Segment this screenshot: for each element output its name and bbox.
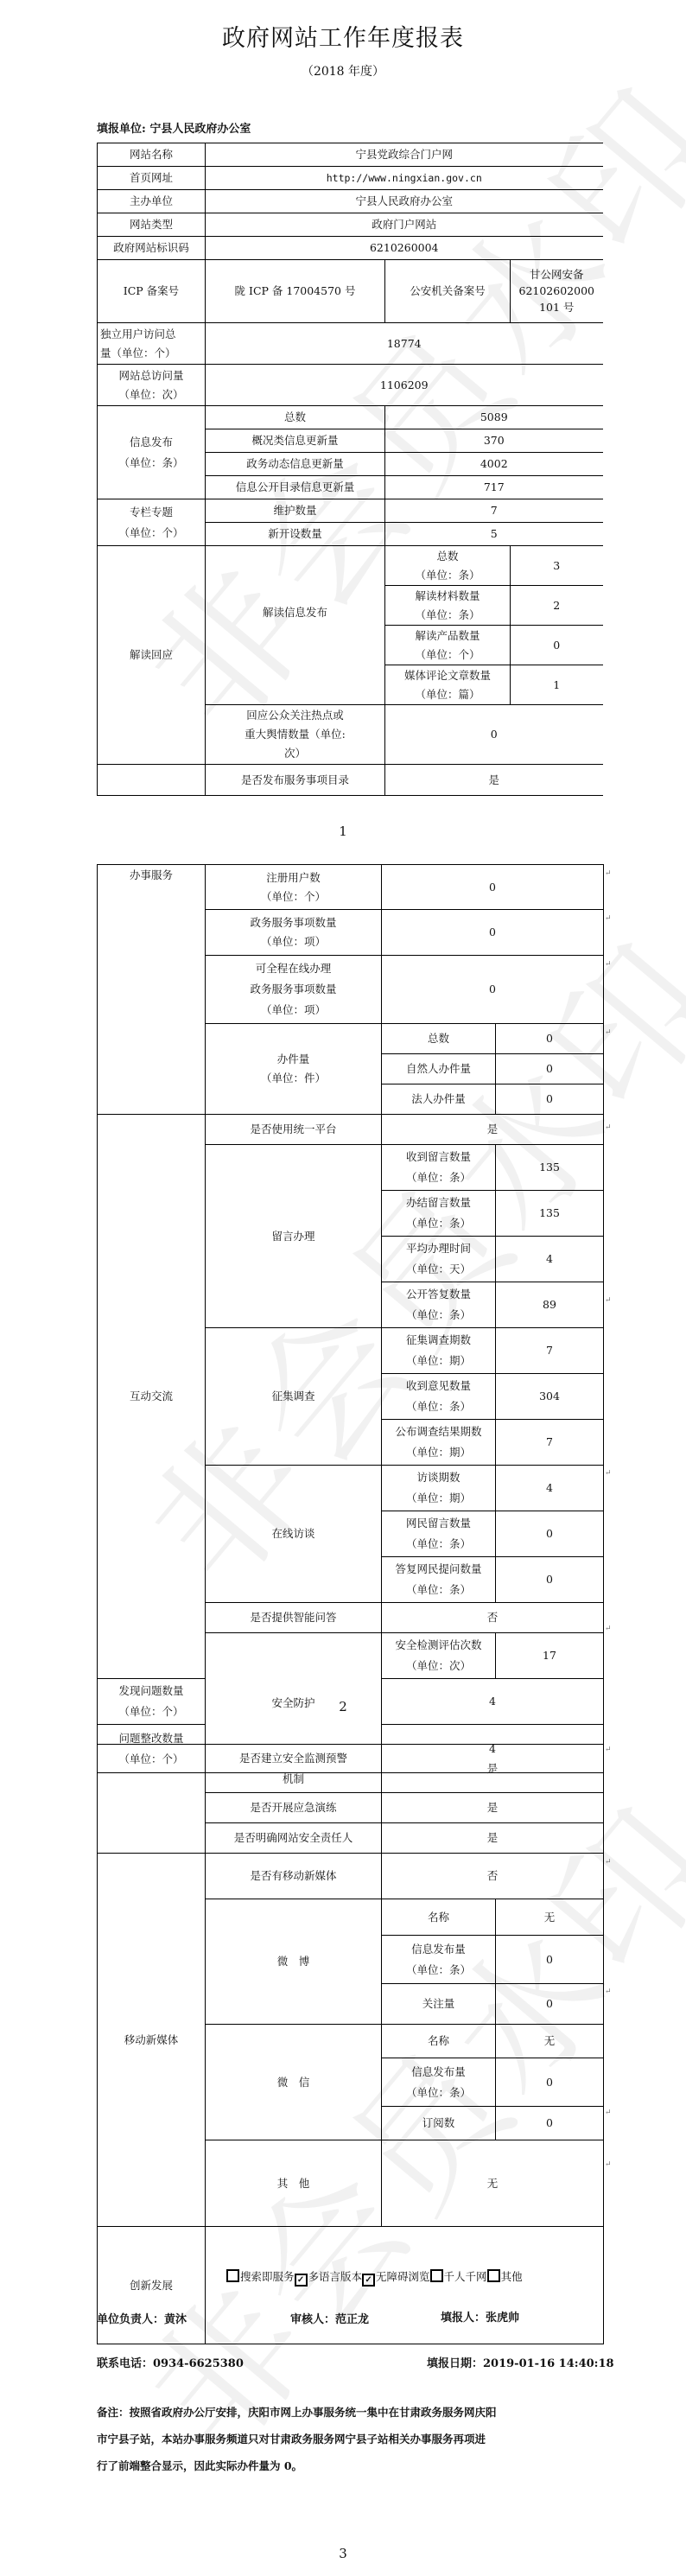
cell-label: 征集调查期数（单位：期） [382,1328,496,1374]
cell-value: 0 [511,626,603,665]
section-info-publish: 信息发布（单位：条） [98,406,206,499]
cell-label: 解读信息发布 [206,546,385,705]
cell-value: 0 [496,1511,604,1557]
return-mark-icon: ↵ [605,1123,612,1132]
cell-value: 4 [496,1237,604,1282]
checkbox-search-service[interactable]: 搜索即服务 [226,2270,295,2283]
cell-value: 是 [382,1823,604,1854]
return-mark-icon: ↵ [605,1469,612,1478]
return-mark-icon: ↵ [605,1625,612,1633]
cell-value: 1 [511,665,603,705]
cell-value: 否 [382,1603,604,1633]
checkbox-checked-icon: ✓ [362,2274,375,2287]
fill-date: 填报日期：2019-01-16 14:40:18 [427,2354,614,2370]
cell-value: 304 [496,1374,604,1420]
return-mark-icon: ↵ [605,914,612,923]
cell-value: 135 [496,1191,604,1237]
cell-value: 0 [496,1054,604,1084]
table-row: ICP 备案号 陇 ICP 备 17004570 号 公安机关备案号 甘公网安备… [98,260,603,323]
return-mark-icon: ↵ [605,1858,612,1867]
cell-label: 新开设数量 [206,523,385,546]
cell-value: 0 [382,956,604,1024]
cell-label: 信息发布量（单位：条） [382,1936,496,1984]
cell-value: 4002 [385,453,603,476]
checkbox-multilingual[interactable]: ✓多语言版本 [295,2270,363,2283]
cell-label: 网站总访问量（单位：次） [98,365,206,406]
section-interaction: 互动交流 [98,1115,206,1679]
reviewer: 审核人：范正龙 [290,2310,369,2326]
table-row: 信息发布（单位：条） 总数 5089 [98,406,603,429]
cell-value: 89 [496,1282,604,1328]
unique-visitors: 18774 [206,323,603,365]
table-row: 是否建立安全监测预警机制 是 [98,1745,604,1793]
cell-label: 信息发布量（单位：条） [382,2058,496,2107]
cell-label: 是否开展应急演练 [206,1793,382,1823]
cell-value: 7 [385,499,603,523]
cell-value: 0 [385,705,603,765]
cell-label: 平均办理时间（单位：天） [382,1237,496,1282]
cell-label: 收到留言数量（单位：条） [382,1145,496,1191]
table-row: 互动交流 是否使用统一平台 是 [98,1115,604,1145]
cell-label: 是否建立安全监测预警机制 [206,1745,382,1793]
cell-label: 独立用户访问总量（单位：个） [98,323,206,365]
cell-value: 0 [382,910,604,956]
table-row: 网站总访问量（单位：次） 1106209 [98,365,603,406]
cell-label: 订阅数 [382,2107,496,2140]
cell-value: 0 [382,865,604,910]
page-title: 政府网站工作年度报表 [0,19,686,53]
cell-value: 0 [496,1084,604,1115]
cell-label: 总数 [206,406,385,429]
sponsor: 宁县人民政府办公室 [206,190,603,213]
table-row: 创新发展 搜索即服务✓多语言版本✓无障碍浏览千人千网其他 [98,2227,604,2344]
cell-label: 解读产品数量（单位：个） [385,626,511,665]
checkbox-unchecked-icon [430,2269,443,2282]
cell-value: 0 [496,1984,604,2025]
page-number: 3 [0,2546,686,2561]
checkbox-unchecked-icon [487,2269,500,2282]
cell-value: 无 [382,2140,604,2227]
cell-label: 回应公众关注热点或重大舆情数量（单位:次） [206,705,385,765]
cell-label: 收到意见数量（单位：条） [382,1374,496,1420]
cell-value: 否 [382,1854,604,1899]
section-innovation: 创新发展 [98,2227,206,2344]
cell-label: 在线访谈 [206,1466,382,1603]
homepage-url: http://www.ningxian.gov.cn [206,167,603,190]
cell-label: 名称 [382,2025,496,2058]
cell-value: 是 [385,765,603,796]
section-security-cont [98,1745,206,1854]
report-table-page1: 网站名称 宁县党政综合门户网 首页网址 http://www.ningxian.… [97,143,603,796]
cell-value: 7 [496,1328,604,1374]
cell-label: 概况类信息更新量 [206,429,385,453]
unit-leader: 单位负责人：黄沐 [97,2310,187,2326]
cell-label: 注册用户数（单位：个） [206,865,382,910]
cell-label: 关注量 [382,1984,496,2025]
cell-label: 信息公开目录信息更新量 [206,476,385,499]
table-row: 首页网址 http://www.ningxian.gov.cn [98,167,603,190]
section-mobile: 移动新媒体 [98,1854,206,2227]
cell-label: 是否使用统一平台 [206,1115,382,1145]
cell-label: 安全检测评估次数（单位：次） [382,1633,496,1679]
table-row: 专栏专题（单位：个） 维护数量 7 [98,499,603,523]
table-row: 办事服务 注册用户数（单位：个） 0 [98,865,604,910]
cell-value: 370 [385,429,603,453]
checkbox-checked-icon: ✓ [295,2274,308,2287]
cell-label: ICP 备案号 [98,260,206,323]
cell-value: 4 [496,1466,604,1511]
cell-label: 微 信 [206,2025,382,2140]
table-row: 政府网站标识码 6210260004 [98,237,603,260]
cell-label: 是否有移动新媒体 [206,1854,382,1899]
report-year: （2018 年度） [0,62,686,80]
table-row: 独立用户访问总量（单位：个） 18774 [98,323,603,365]
cell-label: 主办单位 [98,190,206,213]
cell-label: 访谈期数（单位：期） [382,1466,496,1511]
cell-label: 公布调查结果期数（单位：期） [382,1420,496,1466]
cell-value: 是 [382,1793,604,1823]
cell-value: 0 [496,2058,604,2107]
return-mark-icon: ↵ [605,869,612,878]
cell-value: 3 [511,546,603,586]
cell-label: 网站名称 [98,143,206,167]
cell-label: 名称 [382,1899,496,1936]
section-interpretation: 解读回应 [98,546,206,765]
cell-label: 留言办理 [206,1145,382,1328]
return-mark-icon: ↵ [605,1028,612,1037]
cell-label: 网民留言数量（单位：条） [382,1511,496,1557]
cell-label: 是否明确网站安全责任人 [206,1823,382,1854]
cell-label: 公安机关备案号 [385,260,511,323]
cell-label: 法人办件量 [382,1084,496,1115]
remark-note: 备注：按照省政府办公厅安排，庆阳市网上办事服务统一集中在甘肃政务服务网庆阳 市宁… [97,2399,607,2479]
cell-value: 是 [382,1745,604,1793]
cell-value: 无 [496,2025,604,2058]
cell-value: 7 [496,1420,604,1466]
cell-label: 自然人办件量 [382,1054,496,1084]
cell-label: 首页网址 [98,167,206,190]
cell-label: 政府网站标识码 [98,237,206,260]
fill-unit: 填报单位: 宁县人民政府办公室 [97,119,251,136]
report-table-page3: 是否建立安全监测预警机制 是 是否开展应急演练 是 是否明确网站安全责任人 是 … [97,1744,604,2344]
report-table-page2: 办事服务 注册用户数（单位：个） 0 政务服务事项数量（单位：项） 0 可全程在… [97,864,604,1773]
table-row: 网站类型 政府门户网站 [98,213,603,237]
return-mark-icon: ↵ [605,1988,612,1996]
table-row: 是否发布服务事项目录 是 [98,765,603,796]
cell-label: 微 博 [206,1899,382,2025]
cell-label: 是否发布服务事项目录 [206,765,385,796]
cell-value: 0 [496,2107,604,2140]
table-row: 解读回应 解读信息发布 总数（单位：条） 3 [98,546,603,586]
checkbox-unchecked-icon [226,2269,239,2282]
filler: 填报人：张虎帅 [441,2308,519,2325]
checkbox-accessibility[interactable]: ✓无障碍浏览 [362,2270,430,2283]
cell-label: 政务动态信息更新量 [206,453,385,476]
cell-value: 17 [496,1633,604,1679]
contact-phone: 联系电话：0934-6625380 [97,2354,244,2370]
cell-value: 5 [385,523,603,546]
site-type: 政府门户网站 [206,213,603,237]
site-code: 6210260004 [206,237,603,260]
page-number: 2 [0,1699,686,1714]
section-columns: 专栏专题（单位：个） [98,499,206,546]
return-mark-icon: ↵ [605,1296,612,1305]
return-mark-icon: ↵ [605,2109,612,2117]
cell-label: 其 他 [206,2140,382,2227]
cell-value: 717 [385,476,603,499]
table-row: 移动新媒体 是否有移动新媒体 否 [98,1854,604,1899]
return-mark-icon: ↵ [605,960,612,969]
cell-label: 征集调查 [206,1328,382,1466]
cell-label: 总数（单位：条） [385,546,511,586]
cell-label: 公开答复数量（单位：条） [382,1282,496,1328]
return-mark-icon: ↵ [605,1746,612,1754]
cell-label: 答复网民提问数量（单位：条） [382,1557,496,1603]
page-number: 1 [0,824,686,839]
cell-value: 无 [496,1899,604,1936]
cell-label: 网站类型 [98,213,206,237]
cell-label: 是否提供智能问答 [206,1603,382,1633]
cell-label: 媒体评论文章数量（单位：篇） [385,665,511,705]
table-row: 网站名称 宁县党政综合门户网 [98,143,603,167]
cell-label: 政务服务事项数量（单位：项） [206,910,382,956]
police-record: 甘公网安备 62102602000 101 号 [511,260,603,323]
cell-label: 办件量（单位：件） [206,1024,382,1115]
cell-label: 解读材料数量（单位：条） [385,586,511,626]
icp-number: 陇 ICP 备 17004570 号 [206,260,385,323]
return-mark-icon: ↵ [605,2160,612,2169]
cell-value: 2 [511,586,603,626]
cell-label: 维护数量 [206,499,385,523]
cell-label: 可全程在线办理政务服务事项数量（单位：项） [206,956,382,1024]
section-services-start [98,765,206,796]
cell-value: 0 [496,1024,604,1054]
cell-value: 5089 [385,406,603,429]
page-views: 1106209 [206,365,603,406]
site-name: 宁县党政综合门户网 [206,143,603,167]
section-services: 办事服务 [98,865,206,1115]
checkbox-other[interactable]: 其他 [487,2270,523,2283]
innovation-options: 搜索即服务✓多语言版本✓无障碍浏览千人千网其他 [206,2227,604,2344]
cell-label: 办结留言数量（单位：条） [382,1191,496,1237]
cell-label: 总数 [382,1024,496,1054]
cell-value: 是 [382,1115,604,1145]
cell-value: 0 [496,1936,604,1984]
cell-value: 135 [496,1145,604,1191]
cell-value: 0 [496,1557,604,1603]
table-row: 主办单位 宁县人民政府办公室 [98,190,603,213]
checkbox-personalized[interactable]: 千人千网 [430,2270,487,2283]
